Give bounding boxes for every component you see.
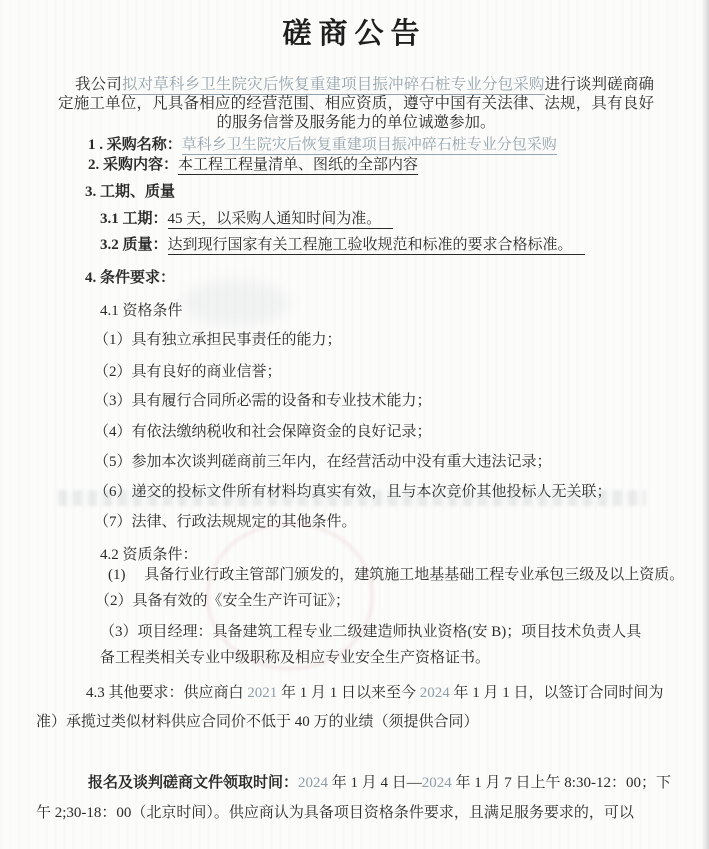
qualification-item: （3）具有履行合同所必需的设备和专业技术能力； [94, 393, 673, 410]
duration-row: 3.1 工期：45 天，以采购人通知时间为准。 [100, 209, 673, 229]
qualification-item: （2）具有良好的商业信誉； [94, 364, 673, 381]
registration-paragraph: 报名及谈判磋商文件领取时间：2024 年 1 月 4 日—2024 年 1 月 … [36, 768, 673, 828]
project-name-filled: 拟对草科乡卫生院灾后恢复重建项目振冲碎石桩专业分包采购 [122, 76, 545, 95]
other-requirements-paragraph: 4.3 其他要求：供应商白 2021 年 1 月 1 日以来至今 2024 年 … [36, 679, 673, 737]
stamp-bleed-artifact [206, 522, 374, 670]
credential-item: （2）具备有效的《安全生产许可证》； [95, 593, 673, 610]
page-title: 磋商公告 [36, 14, 673, 54]
quality-row: 3.2 质量：达到现行国家有关工程施工验收规范和标准的要求合格标准。 [100, 235, 673, 255]
purchase-name-label: 1 . 采购名称： [88, 137, 182, 153]
qualification-item: （5）参加本次谈判磋商前三年内，在经营活动中没有重大违法记录； [94, 454, 673, 471]
other-label: 4.3 其他要求： [86, 685, 184, 701]
intro-paragraph: 我公司拟对草科乡卫生院灾后恢复重建项目振冲碎石桩专业分包采购进行谈判磋商确定施工… [58, 75, 654, 132]
quality-value: 达到现行国家有关工程施工验收规范和标准的要求合格标准。 [168, 237, 585, 255]
purchase-content-label: 2. 采购内容： [88, 157, 178, 173]
purchase-content-value: 本工程工程量清单、图纸的全部内容 [178, 157, 418, 175]
credential-item: （3）项目经理：具备建筑工程专业二级建造师执业资格(安 B)；项目技术负责人具备… [100, 619, 656, 671]
schedule-heading: 3. 工期、质量 [85, 182, 673, 202]
purchase-name-value: 草科乡卫生院灾后恢复重建项目振冲碎石桩专业分包采购 [182, 137, 557, 155]
registration-year1: 2024 [298, 775, 328, 791]
registration-year2: 2024 [422, 775, 452, 791]
registration-label: 报名及谈判磋商文件领取时间： [88, 775, 298, 791]
purchase-name-row: 1 . 采购名称：草科乡卫生院灾后恢复重建项目振冲碎石桩专业分包采购 [88, 135, 673, 155]
other-pre: 供应商白 [184, 685, 248, 701]
qualification-item: （4）有依法缴纳税收和社会保障资金的良好记录； [94, 424, 673, 441]
qualification-item: （7）法律、行政法规规定的其他条件。 [94, 514, 673, 531]
other-year-from: 2021 [247, 685, 277, 701]
intro-lead: 我公司 [75, 76, 122, 93]
announcement-page: 磋商公告 我公司拟对草科乡卫生院灾后恢复重建项目振冲碎石桩专业分包采购进行谈判磋… [0, 0, 709, 849]
credential-item: (1) 具备行业行政主管部门颁发的，建筑施工地基基础工程专业承包三级及以上资质。 [108, 567, 673, 584]
registration-seg1: 年 1 月 4 日— [328, 775, 422, 791]
credential-heading: 4.2 资质条件： [100, 547, 673, 564]
conditions-heading: 4. 条件要求： [85, 268, 673, 288]
quality-label: 3.2 质量： [100, 237, 168, 253]
purchase-content-row: 2. 采购内容：本工程工程量清单、图纸的全部内容 [88, 155, 673, 175]
duration-label: 3.1 工期： [100, 211, 168, 227]
other-seg1: 年 1 月 1 日以来至今 [277, 685, 420, 701]
qualification-item: （1）具有独立承担民事责任的能力； [94, 332, 673, 349]
other-year-to: 2024 [420, 685, 450, 701]
ink-smudge-artifact [183, 280, 288, 326]
duration-value: 45 天，以采购人通知时间为准。 [168, 211, 394, 229]
bleed-through-artifact [58, 490, 646, 506]
